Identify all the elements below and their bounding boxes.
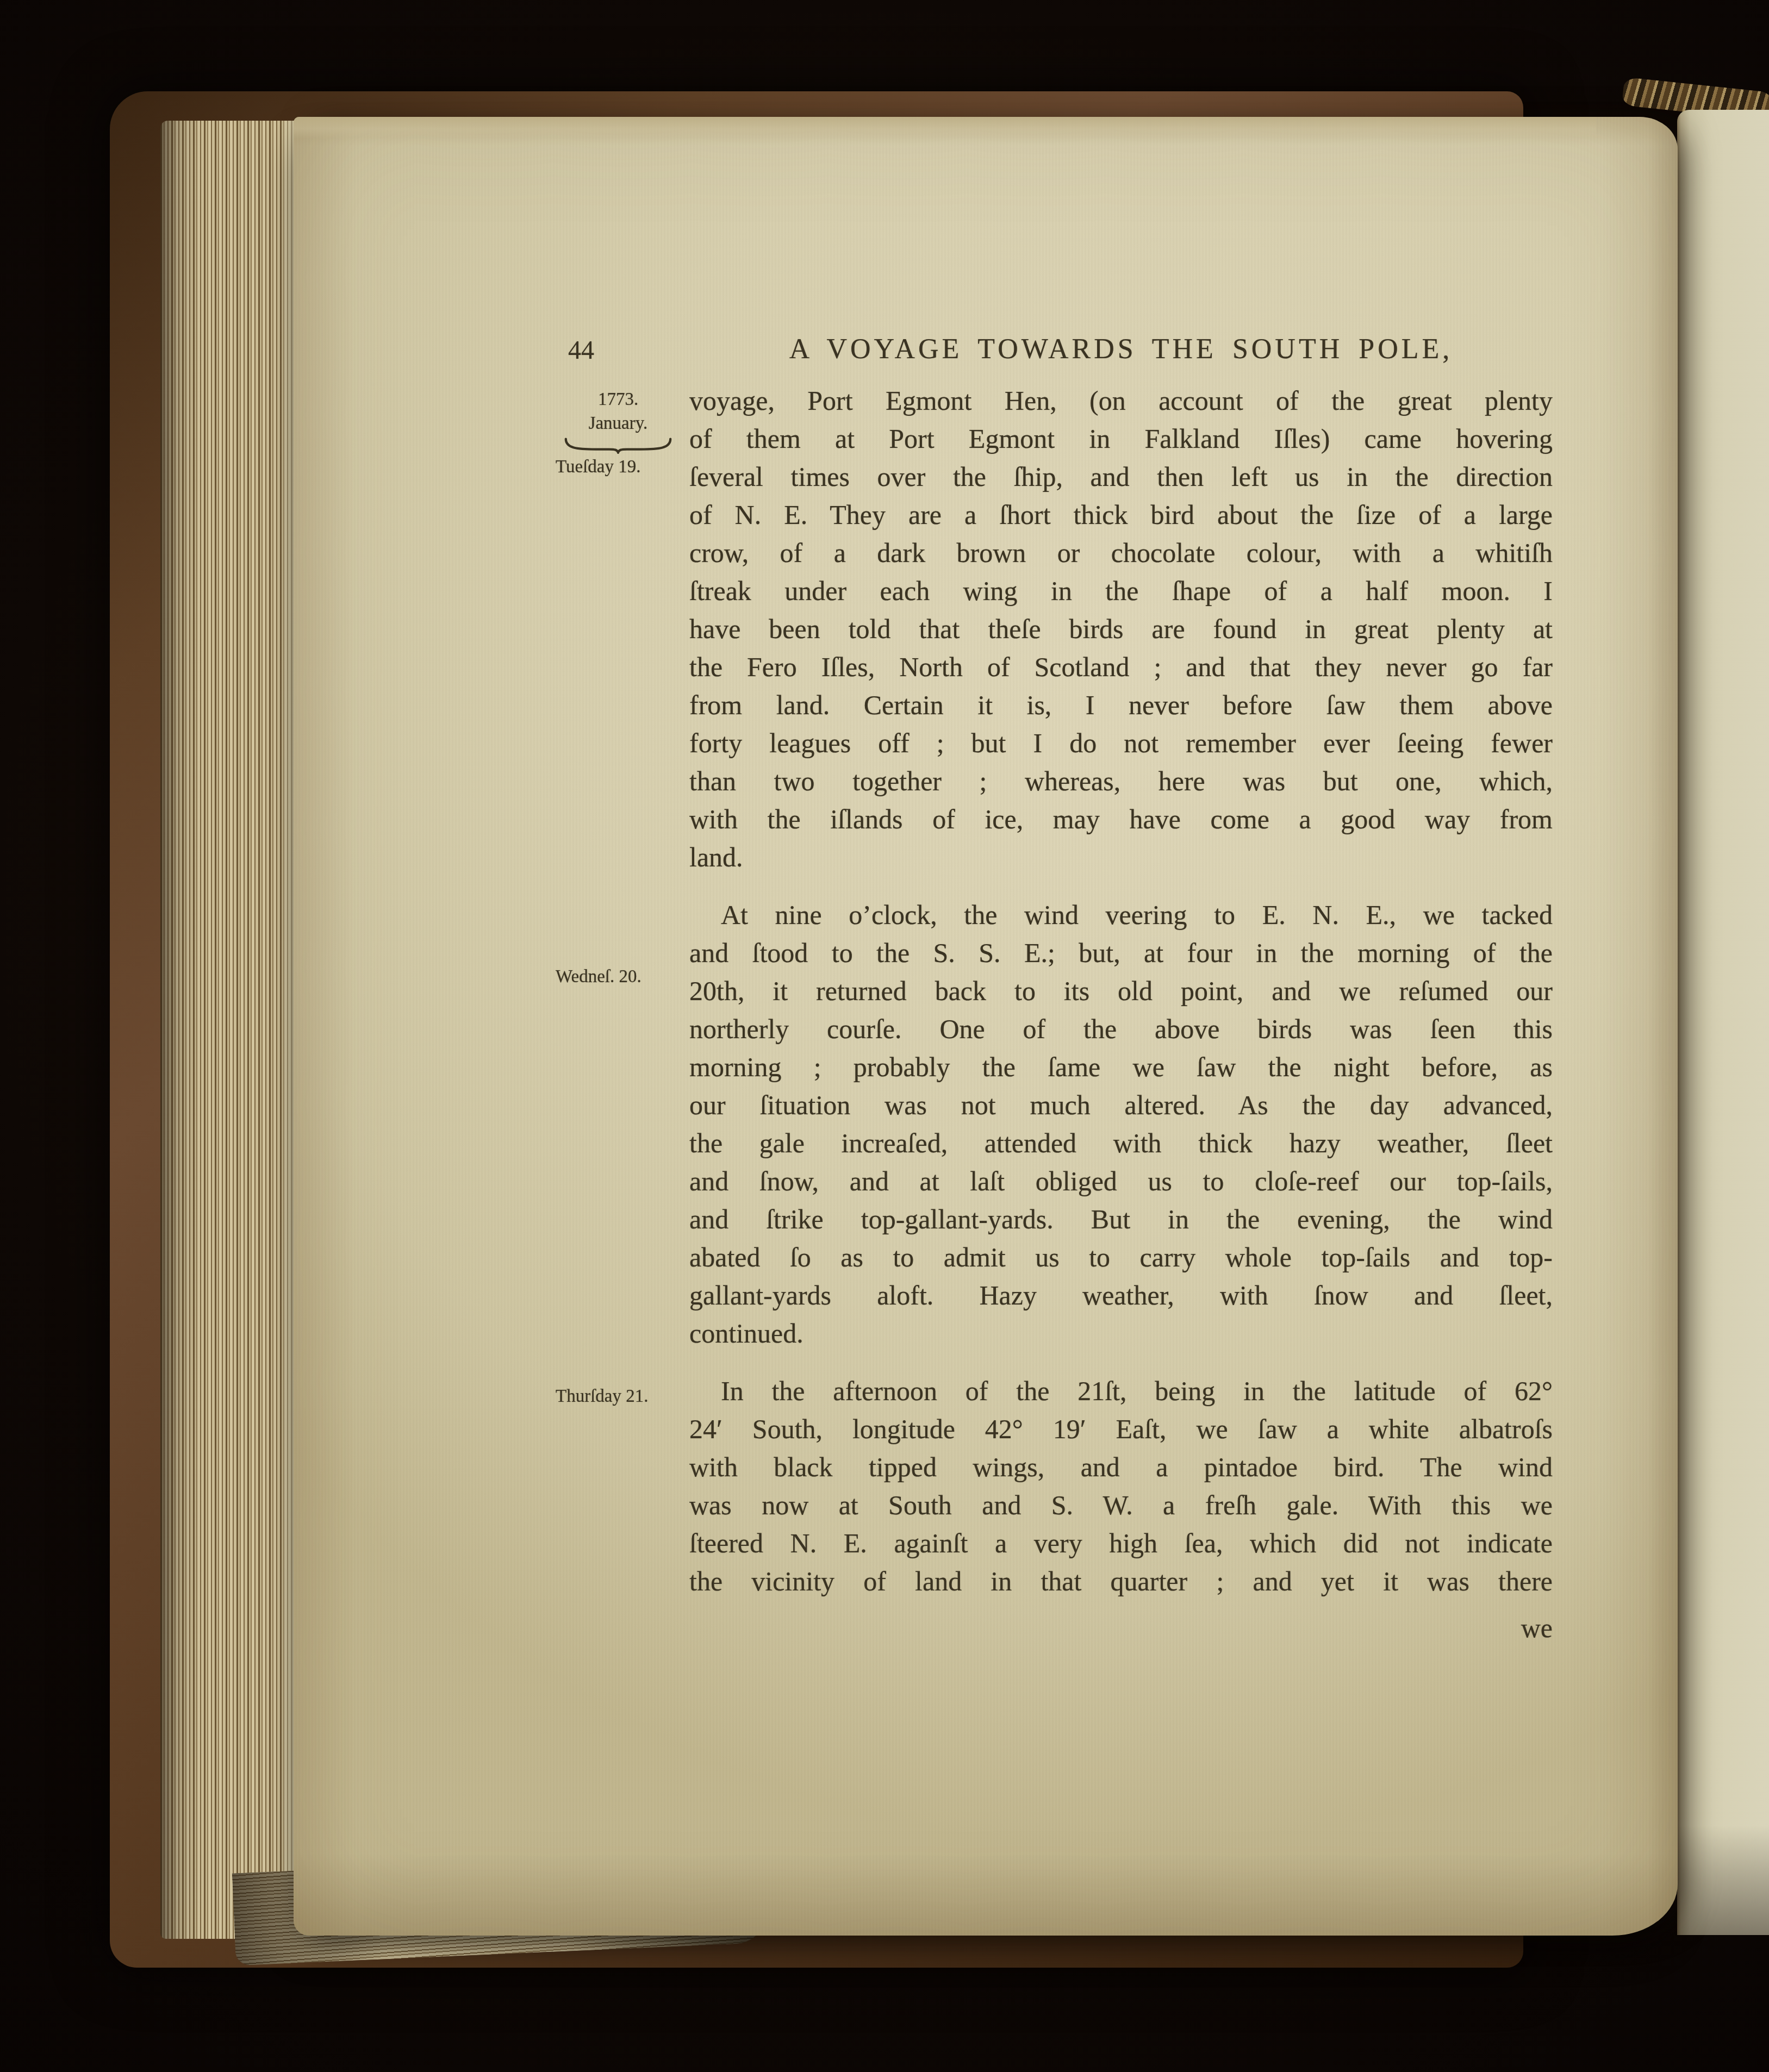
text-line: of them at Port Egmont in Falkland Iſles… <box>689 420 1553 458</box>
page-number: 44 <box>568 332 594 370</box>
book-page: 44 A VOYAGE TOWARDS THE SOUTH POLE, 1773… <box>294 117 1678 1936</box>
brace-icon <box>556 435 681 455</box>
text-line: morning ; probably the ſame we ſaw the n… <box>689 1048 1553 1086</box>
margin-day-thursday: Thurſday 21. <box>556 1384 686 1408</box>
text-line: the Fero Iſles, North of Scotland ; and … <box>689 648 1553 686</box>
text-line: with the iſlands of ice, may have come a… <box>689 800 1553 838</box>
text-line: have been told that theſe birds are foun… <box>689 610 1553 648</box>
text-line: ſteered N. E. againſt a very high ſea, w… <box>689 1524 1553 1562</box>
text-line: ſeveral times over the ſhip, and then le… <box>689 458 1553 496</box>
page-stack-edges-left <box>160 121 303 1939</box>
paragraph: In the afternoon of the 21ſt, being in t… <box>689 1372 1553 1600</box>
text-line: the gale increaſed, attended with thick … <box>689 1124 1553 1162</box>
text-line: our ſituation was not much altered. As t… <box>689 1086 1553 1124</box>
text-line: In the afternoon of the 21ſt, being in t… <box>689 1372 1553 1410</box>
body-text: voyage, Port Egmont Hen, (on account of … <box>689 382 1553 1600</box>
text-line: forty leagues off ; but I do not remembe… <box>689 724 1553 762</box>
running-header: A VOYAGE TOWARDS THE SOUTH POLE, <box>689 330 1553 369</box>
catchword: we <box>689 1609 1553 1647</box>
text-line: 20th, it returned back to its old point,… <box>689 972 1553 1010</box>
text-line: was now at South and S. W. a freſh gale.… <box>689 1486 1553 1524</box>
text-line: and ſtood to the S. S. E.; but, at four … <box>689 934 1553 972</box>
text-line: and ſnow, and at laſt obliged us to cloſ… <box>689 1162 1553 1200</box>
margin-note-date: 1773. January. Tueſday 19. <box>556 388 681 479</box>
text-line: of N. E. They are a ſhort thick bird abo… <box>689 496 1553 534</box>
margin-year: 1773. <box>556 388 681 411</box>
text-line: with black tipped wings, and a pintadoe … <box>689 1448 1553 1486</box>
text-line: the vicinity of land in that quarter ; a… <box>689 1562 1553 1600</box>
book-photograph: 44 A VOYAGE TOWARDS THE SOUTH POLE, 1773… <box>0 0 1769 2072</box>
text-line: ſtreak under each wing in the ſhape of a… <box>689 572 1553 610</box>
text-line: than two together ; whereas, here was bu… <box>689 762 1553 800</box>
paragraph: voyage, Port Egmont Hen, (on account of … <box>689 382 1553 876</box>
margin-day-tuesday: Tueſday 19. <box>556 455 681 479</box>
margin-day-wednesday: Wedneſ. 20. <box>556 965 686 989</box>
text-line: gallant-yards aloft. Hazy weather, with … <box>689 1276 1553 1314</box>
text-line: from land. Certain it is, I never before… <box>689 686 1553 724</box>
text-line: land. <box>689 838 1553 876</box>
text-line: 24′ South, longitude 42° 19′ Eaſt, we ſa… <box>689 1410 1553 1448</box>
margin-month: January. <box>556 411 681 435</box>
text-line: crow, of a dark brown or chocolate colou… <box>689 534 1553 572</box>
text-line: northerly courſe. One of the above birds… <box>689 1010 1553 1048</box>
text-line: voyage, Port Egmont Hen, (on account of … <box>689 382 1553 420</box>
text-line: At nine o’clock, the wind veering to E. … <box>689 896 1553 934</box>
paragraph: At nine o’clock, the wind veering to E. … <box>689 896 1553 1352</box>
text-line: and ſtrike top-gallant-yards. But in the… <box>689 1200 1553 1238</box>
text-line: continued. <box>689 1314 1553 1352</box>
facing-page-sliver <box>1677 110 1769 1935</box>
text-line: abated ſo as to admit us to carry whole … <box>689 1238 1553 1276</box>
